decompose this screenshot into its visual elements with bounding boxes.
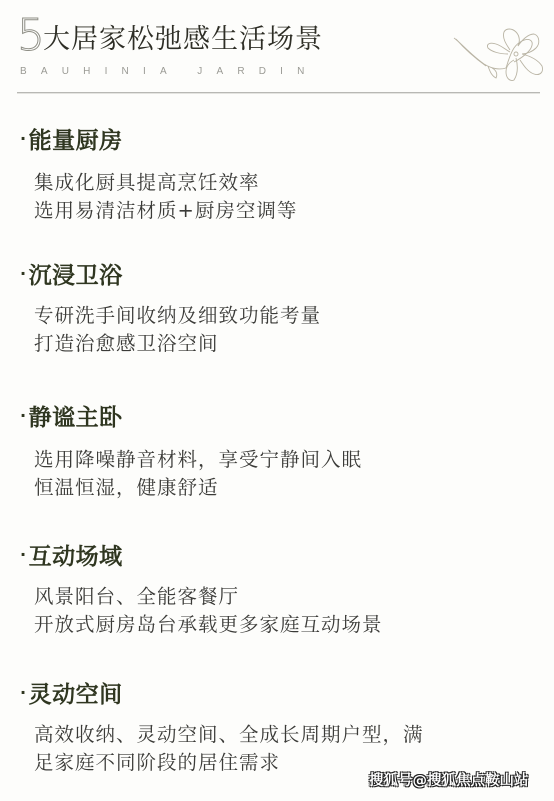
section-line: 风景阳台、全能客餐厅 [34,584,239,610]
section-line: 选用易清洁材质+厨房空调等 [34,198,297,224]
watermark: 搜狐号@搜狐焦点鞍山站 [369,771,529,791]
section-line: 集成化厨具提高烹饪效率 [34,170,260,196]
section-title-text: 灵动空间 [29,682,123,708]
flower-icon [448,24,548,84]
section-title: ·静谧主卧 [20,401,123,433]
section-line: 打造治愈感卫浴空间 [34,331,219,357]
header-divider [17,92,540,93]
section-title: ·互动场域 [20,540,123,572]
section-line: 选用降噪静音材料，享受宁静间入眠 [34,447,362,473]
section-title: ·能量厨房 [20,124,123,156]
section-line: 专研洗手间收纳及细致功能考量 [34,303,321,329]
title-number: 5 [17,14,45,58]
page-header: 5 大居家松弛感生活场景 BAUHINIA JARDIN [0,0,554,100]
page-title: 大居家松弛感生活场景 [43,24,323,56]
section-title: ·灵动空间 [20,678,123,710]
section-title-text: 静谧主卧 [29,405,123,431]
section-title: ·沉浸卫浴 [20,259,123,291]
bullet-dot: · [20,678,27,708]
section-line: 恒温恒湿，健康舒适 [34,475,219,501]
bullet-dot: · [20,540,27,570]
section-line: 开放式厨房岛台承载更多家庭互动场景 [34,612,383,638]
bullet-dot: · [20,124,27,154]
section-title-text: 能量厨房 [29,128,123,154]
section-title-text: 互动场域 [29,544,123,570]
brand-subtitle: BAUHINIA JARDIN [20,66,319,78]
bullet-dot: · [20,259,27,289]
section-title-text: 沉浸卫浴 [29,263,123,289]
section-line: 高效收纳、灵动空间、全成长周期户型，满 [34,722,424,748]
section-line: 足家庭不同阶段的居住需求 [34,750,280,776]
bullet-dot: · [20,401,27,431]
